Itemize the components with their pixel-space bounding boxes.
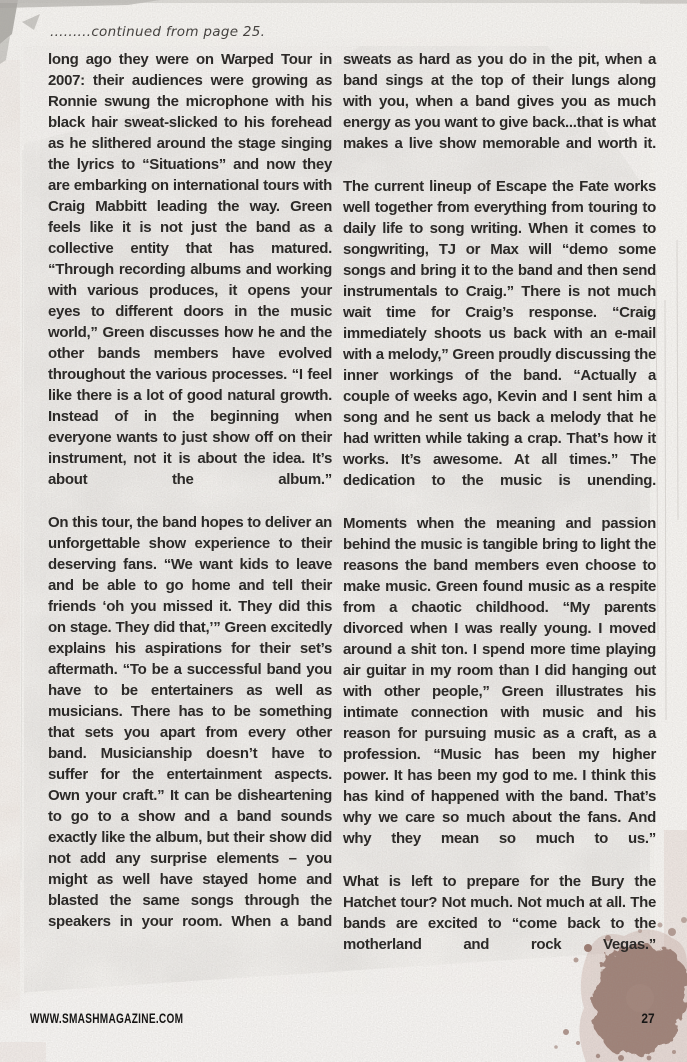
paragraph-right-1: sweats as hard as you do in the pit, whe… [343, 49, 656, 154]
footer-page-number: 27 [638, 1010, 658, 1026]
page-content: .........continued from page 25. long ag… [0, 0, 687, 1062]
left-column: long ago they were on Warped Tour in 200… [48, 49, 332, 977]
magazine-page: .........continued from page 25. long ag… [0, 0, 687, 1062]
paragraph-right-3: Moments when the meaning and passion beh… [343, 513, 656, 849]
article-body: long ago they were on Warped Tour in 200… [48, 49, 656, 977]
paragraph-left-1: long ago they were on Warped Tour in 200… [48, 49, 332, 490]
continued-from-note: .........continued from page 25. [50, 24, 265, 40]
paragraph-left-2: On this tour, the band hopes to deliver … [48, 512, 332, 932]
paragraph-right-2: The current lineup of Escape the Fate wo… [343, 176, 656, 491]
right-column: sweats as hard as you do in the pit, whe… [343, 49, 656, 977]
footer-website: WWW.SMASHMAGAZINE.COM [30, 1010, 183, 1026]
paragraph-right-4: What is left to prepare for the Bury the… [343, 871, 656, 955]
